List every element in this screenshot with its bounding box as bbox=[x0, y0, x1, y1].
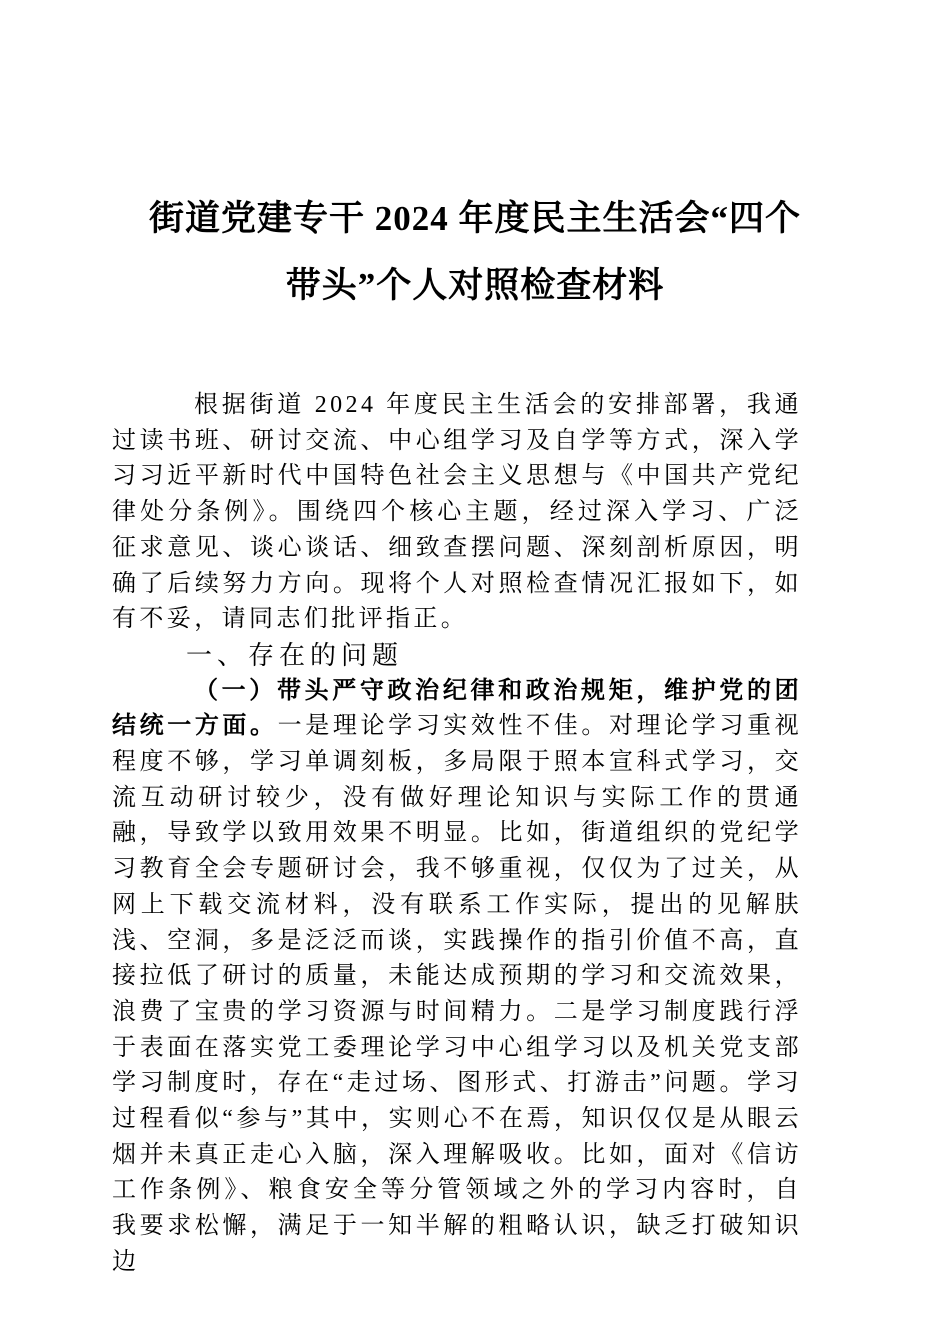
document-title-line-1: 街道党建专干 2024 年度民主生活会“四个 bbox=[0, 185, 950, 252]
paragraph: 根据街道 2024 年度民主生活会的安排部署，我通过读书班、研讨交流、中心组学习… bbox=[112, 388, 802, 638]
document-body: 根据街道 2024 年度民主生活会的安排部署，我通过读书班、研讨交流、中心组学习… bbox=[112, 388, 802, 1281]
document-page: 街道党建专干 2024 年度民主生活会“四个 带头”个人对照检查材料 根据街道 … bbox=[0, 0, 950, 1344]
text-segment: 一、存在的问题 bbox=[186, 640, 403, 670]
document-title-line-2: 带头”个人对照检查材料 bbox=[0, 252, 950, 319]
section-heading: 一、存在的问题 bbox=[112, 638, 802, 674]
text-segment: 一是理论学习实效性不佳。对理论学习重视程度不够，学习单调刻板，多局限于照本宣科式… bbox=[112, 713, 802, 1275]
paragraph: （一）带头严守政治纪律和政治规矩，维护党的团结统一方面。一是理论学习实效性不佳。… bbox=[112, 674, 802, 1281]
document-title: 街道党建专干 2024 年度民主生活会“四个 带头”个人对照检查材料 bbox=[0, 185, 950, 319]
text-segment: 根据街道 2024 年度民主生活会的安排部署，我通过读书班、研讨交流、中心组学习… bbox=[112, 392, 802, 632]
